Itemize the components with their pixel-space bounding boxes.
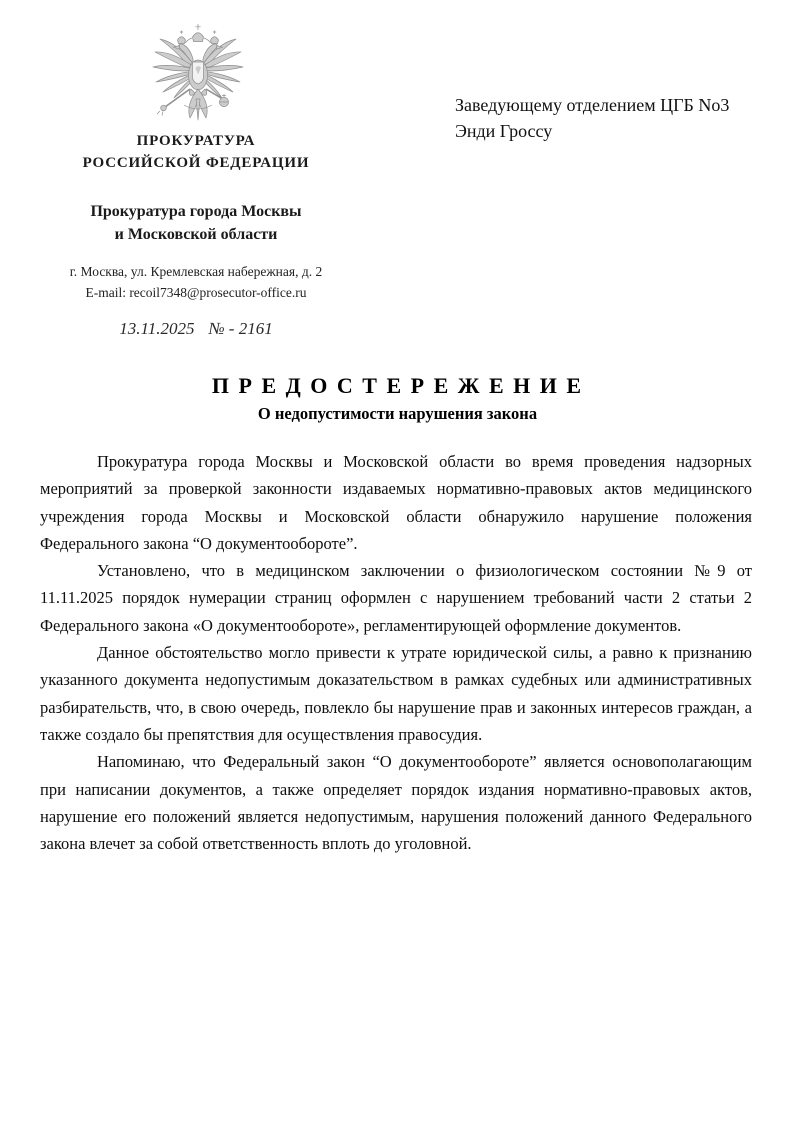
- organization-name: ПРОКУРАТУРА РОССИЙСКОЙ ФЕДЕРАЦИИ: [20, 130, 372, 174]
- org-line2: РОССИЙСКОЙ ФЕДЕРАЦИИ: [20, 152, 372, 174]
- dept-line2: и Московской области: [20, 223, 372, 246]
- document-subtitle: О недопустимости нарушения закона: [0, 403, 795, 425]
- email-address: E-mail: recoil7348@prosecutor-office.ru: [20, 282, 372, 303]
- paragraph-2: Установлено, что в медицинском заключени…: [40, 557, 752, 639]
- addressee-name: Энди Гроссу: [455, 118, 755, 144]
- addressee-block: Заведующему отделением ЦГБ No3 Энди Грос…: [455, 92, 755, 144]
- document-title: П Р Е Д О С Т Е Р Е Ж Е Н И Е: [0, 373, 795, 399]
- double-headed-eagle-icon: [150, 23, 246, 123]
- paragraph-3: Данное обстоятельство могло привести к у…: [40, 639, 752, 748]
- document-date: 13.11.2025: [119, 319, 194, 338]
- paragraph-4: Напоминаю, что Федеральный закон “О доку…: [40, 748, 752, 857]
- coat-of-arms: [150, 23, 246, 123]
- document-number: № - 2161: [209, 319, 273, 338]
- contact-info: г. Москва, ул. Кремлевская набережная, д…: [20, 261, 372, 303]
- department-name: Прокуратура города Москвы и Московской о…: [20, 200, 372, 246]
- addressee-position: Заведующему отделением ЦГБ No3: [455, 92, 755, 118]
- prosecutor-warning-letter: ПРОКУРАТУРА РОССИЙСКОЙ ФЕДЕРАЦИИ Прокура…: [0, 0, 795, 1123]
- document-body: Прокуратура города Москвы и Московской о…: [40, 448, 752, 857]
- title-block: П Р Е Д О С Т Е Р Е Ж Е Н И Е О недопуст…: [0, 373, 795, 425]
- postal-address: г. Москва, ул. Кремлевская набережная, д…: [20, 261, 372, 282]
- date-number-line: 13.11.2025№ - 2161: [20, 319, 372, 339]
- paragraph-1: Прокуратура города Москвы и Московской о…: [40, 448, 752, 557]
- dept-line1: Прокуратура города Москвы: [20, 200, 372, 223]
- org-line1: ПРОКУРАТУРА: [20, 130, 372, 152]
